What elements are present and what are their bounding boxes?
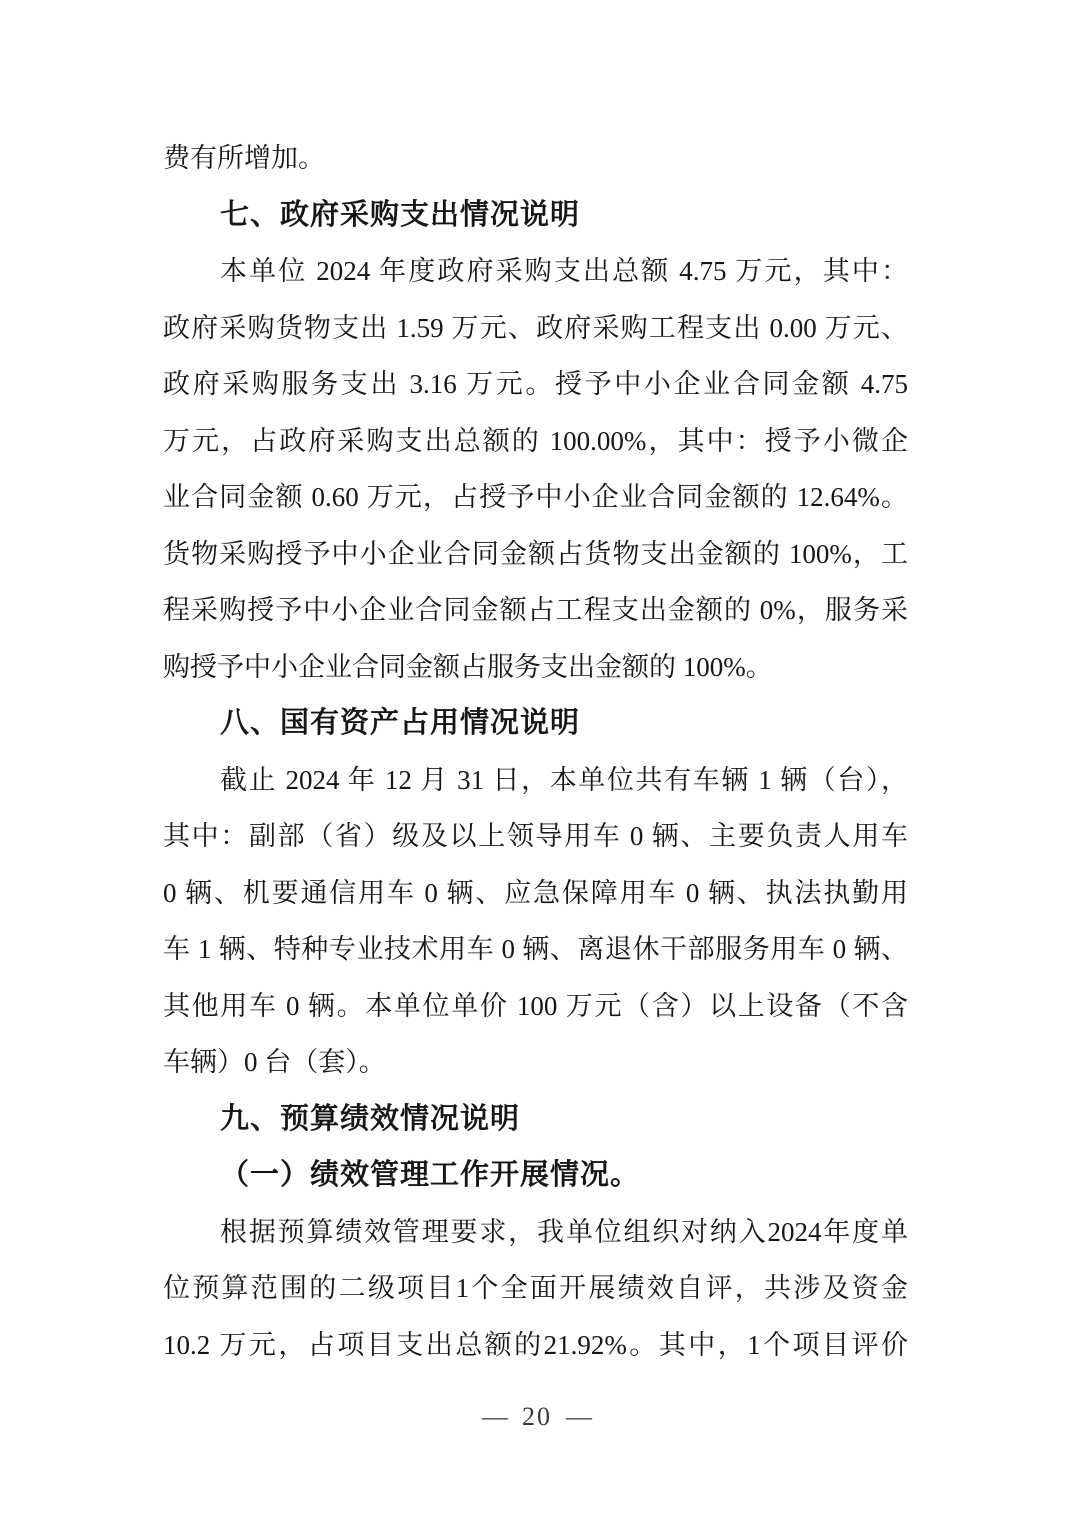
text-line: 费有所增加。 bbox=[163, 130, 908, 187]
paragraph: 根据预算绩效管理要求，我单位组织对纳入2024年度单位预算范围的二级项目1个全面… bbox=[163, 1204, 908, 1374]
paragraph: 截止 2024 年 12 月 31 日，本单位共有车辆 1 辆（台），其中：副部… bbox=[163, 752, 908, 1091]
text-line: 其中：副部（省）级及以上领导用车 0 辆、主要负责人用车 bbox=[163, 808, 908, 865]
text-line: 万元，占政府采购支出总额的 100.00%，其中：授予小微企 bbox=[163, 413, 908, 470]
text-line: 八、国有资产占用情况说明 bbox=[163, 695, 908, 752]
footer-page-number: 20 bbox=[522, 1402, 552, 1431]
text-line: 九、预算绩效情况说明 bbox=[163, 1091, 908, 1148]
text-line: 业合同金额 0.60 万元，占授予中小企业合同金额的 12.64%。 bbox=[163, 469, 908, 526]
section-heading: 八、国有资产占用情况说明 bbox=[163, 695, 908, 752]
text-line: 程采购授予中小企业合同金额占工程支出金额的 0%，服务采 bbox=[163, 582, 908, 639]
document-page: 费有所增加。七、政府采购支出情况说明本单位 2024 年度政府采购支出总额 4.… bbox=[0, 0, 1074, 1520]
text-line: （一）绩效管理工作开展情况。 bbox=[163, 1147, 908, 1204]
text-line: 位预算范围的二级项目1个全面开展绩效自评，共涉及资金 bbox=[163, 1260, 908, 1317]
sub-heading: （一）绩效管理工作开展情况。 bbox=[163, 1147, 908, 1204]
footer-dash-left: — bbox=[482, 1402, 508, 1431]
text-line: 其他用车 0 辆。本单位单价 100 万元（含）以上设备（不含 bbox=[163, 978, 908, 1035]
text-line: 政府采购货物支出 1.59 万元、政府采购工程支出 0.00 万元、 bbox=[163, 300, 908, 357]
text-line: 车 1 辆、特种专业技术用车 0 辆、离退休干部服务用车 0 辆、 bbox=[163, 921, 908, 978]
page-content: 费有所增加。七、政府采购支出情况说明本单位 2024 年度政府采购支出总额 4.… bbox=[163, 130, 908, 1373]
text-line: 政府采购服务支出 3.16 万元。授予中小企业合同金额 4.75 bbox=[163, 356, 908, 413]
text-line: 车辆）0 台（套）。 bbox=[163, 1034, 908, 1091]
section-heading: 七、政府采购支出情况说明 bbox=[163, 187, 908, 244]
text-line: 七、政府采购支出情况说明 bbox=[163, 187, 908, 244]
footer-dash-right: — bbox=[566, 1402, 592, 1431]
text-line: 货物采购授予中小企业合同金额占货物支出金额的 100%，工 bbox=[163, 526, 908, 583]
text-line: 10.2 万元，占项目支出总额的21.92%。其中，1个项目评价 bbox=[163, 1317, 908, 1374]
text-line: 购授予中小企业合同金额占服务支出金额的 100%。 bbox=[163, 639, 908, 696]
page-footer: —20— bbox=[0, 1402, 1074, 1432]
paragraph: 费有所增加。 bbox=[163, 130, 908, 187]
text-line: 本单位 2024 年度政府采购支出总额 4.75 万元，其中： bbox=[163, 243, 908, 300]
paragraph: 本单位 2024 年度政府采购支出总额 4.75 万元，其中：政府采购货物支出 … bbox=[163, 243, 908, 695]
section-heading: 九、预算绩效情况说明 bbox=[163, 1091, 908, 1148]
text-line: 截止 2024 年 12 月 31 日，本单位共有车辆 1 辆（台）， bbox=[163, 752, 908, 809]
text-line: 根据预算绩效管理要求，我单位组织对纳入2024年度单 bbox=[163, 1204, 908, 1261]
text-line: 0 辆、机要通信用车 0 辆、应急保障用车 0 辆、执法执勤用 bbox=[163, 865, 908, 922]
